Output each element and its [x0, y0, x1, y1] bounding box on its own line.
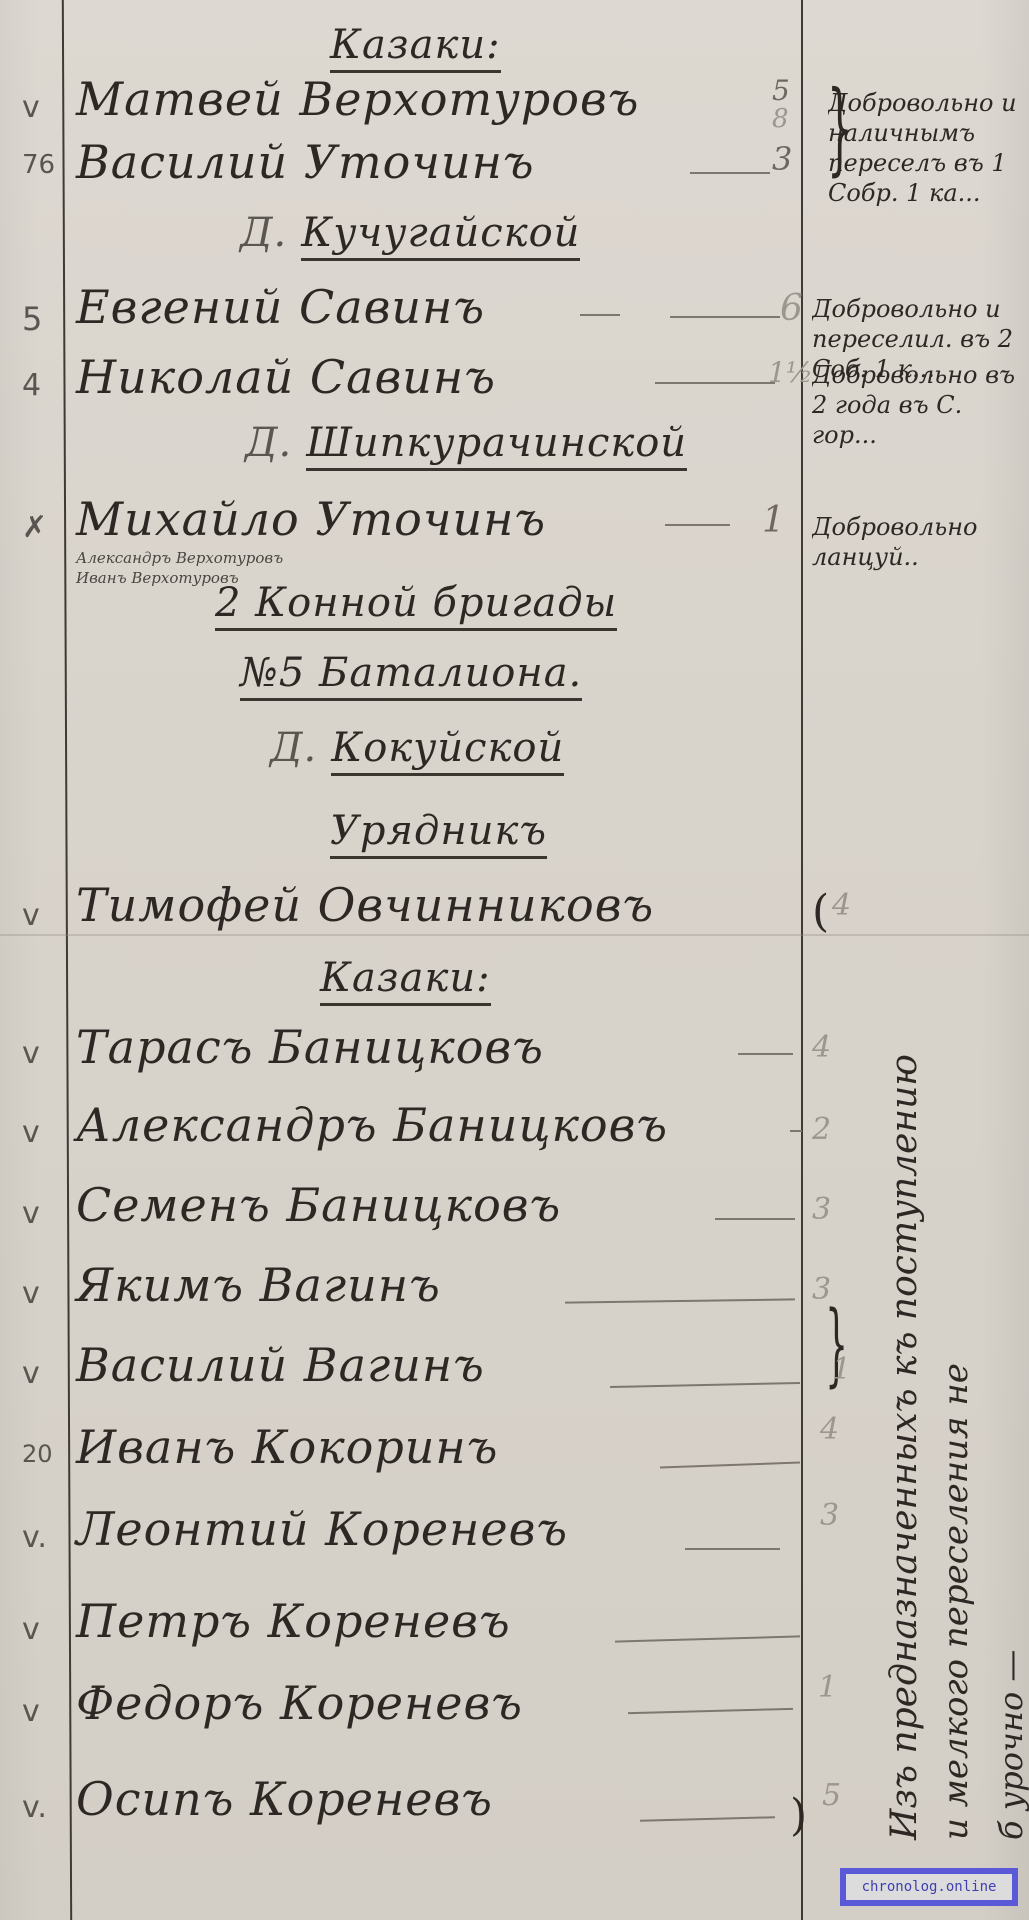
leader-dash — [640, 1816, 775, 1822]
entry-name: Семенъ Баницковъ — [76, 1178, 561, 1232]
entry-name: Леонтий Кореневъ — [76, 1502, 568, 1556]
margin-number: 76 — [22, 150, 55, 180]
rank-heading-sergeant: Урядникъ — [330, 808, 547, 854]
entry-name: Осипъ Кореневъ — [76, 1772, 493, 1826]
section-heading-cossacks: Казаки: — [320, 955, 491, 1001]
entry-count-pencil: 5 — [822, 1778, 841, 1813]
watermark-text: chronolog.online — [846, 1874, 1012, 1900]
watermark-badge: chronolog.online — [840, 1868, 1018, 1906]
vertical-remark-line1: Изъ предназначенныхъ къ поступлению — [884, 1054, 925, 1840]
margin-check-mark: v — [22, 1276, 40, 1311]
remark-text: Добровольно и наличнымъ переселъ въ 1 Со… — [828, 88, 1028, 208]
section-heading-village: Д.Шипкурачинской — [245, 420, 687, 466]
margin-check-mark: v — [22, 1612, 40, 1647]
entry-name: Василий Вагинъ — [76, 1338, 485, 1392]
entry-name: Евгений Савинъ — [76, 280, 485, 334]
entry-count-pencil: 2 — [812, 1112, 831, 1147]
section-heading-village: Д.Кокуйской — [270, 725, 564, 771]
margin-cross-mark: ✗ — [22, 510, 47, 545]
entry-name: Якимъ Вагинъ — [76, 1258, 441, 1312]
entry-count: 1 — [762, 500, 785, 541]
remark-text: Добровольно въ 2 года въ С. гор... — [812, 360, 1029, 450]
leader-dash — [655, 382, 775, 384]
entry-name: Василий Уточинъ — [76, 135, 535, 189]
remark-text: Добровольно ланцуй.. — [812, 512, 982, 572]
vertical-remark-line2: и мелкого переселения не — [936, 1363, 976, 1840]
leader-dash — [685, 1548, 780, 1550]
margin-check-mark: v. — [22, 1790, 47, 1825]
margin-number: 5 — [22, 300, 42, 338]
leader-dash — [715, 1218, 795, 1220]
entry-count: 3 — [772, 140, 792, 178]
entry-name: Николай Савинъ — [76, 350, 496, 404]
leader-dash — [610, 1382, 800, 1388]
entry-count-pencil: 3 — [812, 1192, 831, 1227]
brigade-heading: 2 Конной бригады — [215, 580, 617, 626]
entry-count: 5 — [772, 74, 790, 107]
margin-number: 4 — [22, 368, 41, 403]
margin-check-mark: v — [22, 90, 40, 125]
leader-dash — [580, 314, 620, 316]
leader-dash — [565, 1298, 795, 1303]
entry-name: Тарасъ Баницковъ — [76, 1020, 544, 1074]
entry-name: Федоръ Кореневъ — [76, 1676, 523, 1730]
leader-dash — [628, 1708, 793, 1714]
entry-name: Иванъ Кокоринъ — [76, 1420, 498, 1474]
leader-dash — [670, 316, 780, 318]
leader-dash — [790, 1130, 802, 1132]
margin-number: 20 — [22, 1440, 53, 1468]
entry-name: Михайло Уточинъ — [76, 492, 546, 546]
battalion-heading: №5 Баталиона. — [240, 650, 582, 696]
entry-count-pencil: 3 — [820, 1498, 839, 1533]
section-heading-cossacks: Казаки: — [330, 22, 501, 68]
left-margin-rule — [62, 0, 72, 1920]
bracket-mark: ( — [812, 886, 829, 937]
bracket-mark: ) — [790, 1790, 807, 1841]
entry-count-pencil: 1 — [832, 1352, 851, 1387]
margin-check-mark: v. — [22, 1520, 47, 1555]
vertical-remark-line3: б урочно — — [992, 1650, 1029, 1840]
leader-dash — [738, 1053, 793, 1055]
entry-name: Матвей Верхотуровъ — [76, 72, 639, 126]
margin-check-mark: v — [22, 1356, 40, 1391]
entry-count-pencil: 4 — [812, 1030, 831, 1065]
entry-name: Александръ Баницковъ — [76, 1098, 668, 1152]
leader-dash — [615, 1635, 800, 1642]
margin-check-mark: v — [22, 898, 40, 933]
annotation-line: Александръ Верхотуровъ — [76, 548, 283, 568]
leader-dash — [665, 524, 730, 526]
entry-count-pencil: 4 — [820, 1412, 839, 1447]
margin-check-mark: v — [22, 1036, 40, 1071]
section-heading-village: Д.Кучугайской — [240, 210, 580, 256]
margin-check-mark: v — [22, 1196, 40, 1231]
margin-check-mark: v — [22, 1694, 40, 1729]
entry-count: 6 — [780, 288, 803, 329]
entry-count-pencil: 1 — [818, 1670, 837, 1705]
entry-count-pencil: 4 — [832, 888, 851, 923]
entry-name: Тимофей Овчинниковъ — [76, 878, 654, 932]
entry-name: Петръ Кореневъ — [76, 1594, 511, 1648]
margin-check-mark: v — [22, 1115, 40, 1150]
leader-dash — [690, 172, 770, 174]
entry-count-pencil: 8 — [772, 104, 789, 134]
paper-fold-line — [0, 934, 1029, 936]
entry-count: 1½ — [768, 356, 813, 389]
leader-dash — [660, 1462, 800, 1469]
